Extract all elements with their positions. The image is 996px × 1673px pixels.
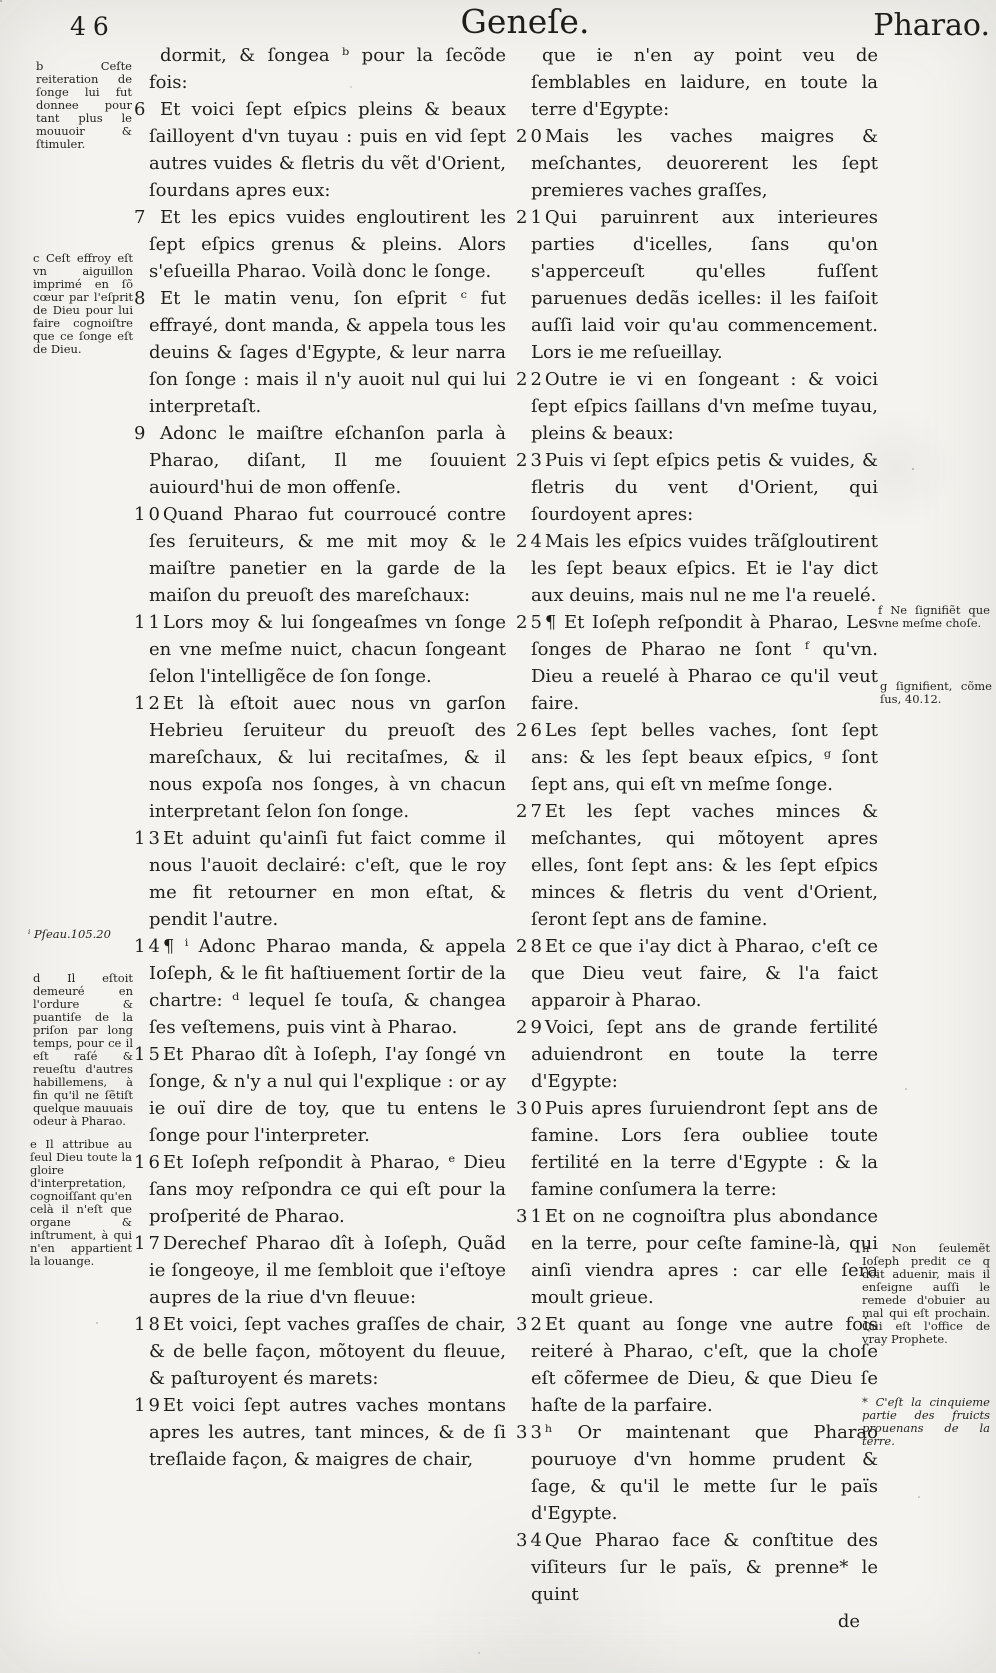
verse-number: 13	[134, 825, 163, 852]
verse-number: 34	[516, 1527, 545, 1554]
verse-paragraph: 25¶ Et Ioſeph reſpondit à Pharao, Les ſo…	[516, 609, 878, 717]
verse-number: 28	[516, 933, 545, 960]
verse-text: Et quant au ſonge vne autre fois reiteré…	[531, 1314, 878, 1416]
verse-text: dormit, & ſongea ᵇ pour la ſecõde fois:	[149, 45, 506, 93]
verse-text: Et Pharao dît à Ioſeph, I'ay ſongé vn ſo…	[149, 1044, 506, 1146]
verse-paragraph: 12Et là eſtoit auec nous vn garſon Hebri…	[134, 690, 506, 825]
text-column-left: dormit, & ſongea ᵇ pour la ſecõde fois: …	[134, 42, 506, 1473]
verse-text: Et voici ſept autres vaches montans apre…	[149, 1395, 506, 1470]
verse-text: Les ſept belles vaches, ſont ſept ans: &…	[531, 720, 878, 795]
verse-text: Et voici ſept eſpics pleins & beaux ſail…	[149, 99, 506, 201]
verse-number: 9	[134, 420, 160, 447]
verse-text: ʰ Or maintenant que Pharao pouruoye d'vn…	[531, 1422, 878, 1524]
verse-paragraph: 26Les ſept belles vaches, ſont ſept ans:…	[516, 717, 878, 798]
verse-text: Qui paruinrent aux interieures parties d…	[531, 207, 878, 363]
verse-text: ¶ ⁱ Adonc Pharao manda, & appela Ioſeph,…	[149, 936, 506, 1038]
verse-paragraph: 19Et voici ſept autres vaches montans ap…	[134, 1392, 506, 1473]
verse-paragraph: 14¶ ⁱ Adonc Pharao manda, & appela Ioſep…	[134, 933, 506, 1041]
verse-number: 33	[516, 1419, 545, 1446]
verse-paragraph: 33ʰ Or maintenant que Pharao pouruoye d'…	[516, 1419, 878, 1527]
verse-text: Puis apres ſuruiendront ſept ans de fami…	[531, 1098, 878, 1200]
verse-paragraph: 11Lors moy & lui ſongeaſmes vn ſonge en …	[134, 609, 506, 690]
margin-note-b: b Ceſte reiteration de ſonge lui fut don…	[36, 60, 132, 151]
verse-number: 31	[516, 1203, 545, 1230]
verse-number: 8	[134, 285, 160, 312]
verse-paragraph: 34Que Pharao face & conſtitue des viſite…	[516, 1527, 878, 1608]
verse-paragraph: 6Et voici ſept eſpics pleins & beaux ſai…	[134, 96, 506, 204]
verse-text: Adonc le maiſtre eſchanſon parla à Phara…	[149, 423, 506, 498]
book-title: Geneſe.	[170, 2, 880, 41]
verse-number: 12	[134, 690, 163, 717]
verse-number: 14	[134, 933, 163, 960]
verse-text: Mais les vaches maigres & meſchantes, de…	[531, 126, 878, 201]
verse-number: 26	[516, 717, 545, 744]
margin-note-f: f Ne ſignifiẽt que vne meſme choſe.	[878, 604, 990, 630]
verse-number: 20	[516, 123, 545, 150]
verse-number: 24	[516, 528, 545, 555]
verse-paragraph: 23Puis vi ſept eſpics petis & vuides, & …	[516, 447, 878, 528]
paper-specks	[0, 0, 2, 2]
verse-text: Et on ne cognoiſtra plus abondance en la…	[531, 1206, 878, 1308]
verse-paragraph: 7Et les epics vuides engloutirent les ſe…	[134, 204, 506, 285]
verse-paragraph: 27Et les ſept vaches minces & meſchantes…	[516, 798, 878, 933]
catchword: de	[516, 1608, 878, 1635]
verse-text: Que Pharao face & conſtitue des viſiteur…	[531, 1530, 878, 1605]
verse-paragraph: 29Voici, ſept ans de grande fertilité ad…	[516, 1014, 878, 1095]
verse-paragraph: 15Et Pharao dît à Ioſeph, I'ay ſongé vn …	[134, 1041, 506, 1149]
verse-text: Puis vi ſept eſpics petis & vuides, & fl…	[531, 450, 878, 525]
verse-paragraph: 22Outre ie vi en ſongeant : & voici ſept…	[516, 366, 878, 447]
verse-number: 27	[516, 798, 545, 825]
verse-text: Et là eſtoit auec nous vn garſon Hebrieu…	[149, 693, 506, 822]
verse-number: 32	[516, 1311, 545, 1338]
verse-number: 21	[516, 204, 545, 231]
margin-note-h: h Non ſeulemẽt Ioſeph predit ce q doit a…	[862, 1242, 990, 1346]
verse-text: Lors moy & lui ſongeaſmes vn ſonge en vn…	[149, 612, 506, 687]
verse-text: Et aduint qu'ainſi fut faict comme il no…	[149, 828, 506, 930]
verse-text: Et les ſept vaches minces & meſchantes, …	[531, 801, 878, 930]
verse-paragraph: 21Qui paruinrent aux interieures parties…	[516, 204, 878, 366]
verse-paragraph: 28Et ce que i'ay dict à Pharao, c'eſt ce…	[516, 933, 878, 1014]
verse-text: Derechef Pharao dît à Ioſeph, Quãd ie ſo…	[149, 1233, 506, 1308]
verse-number: 25	[516, 609, 545, 636]
verse-text: Et Ioſeph reſpondit à Pharao, ᵉ Dieu ſan…	[149, 1152, 506, 1227]
verse-text: que ie n'en ay point veu de ſemblables e…	[531, 45, 878, 120]
verse-paragraph: 13Et aduint qu'ainſi fut faict comme il …	[134, 825, 506, 933]
verse-number: 22	[516, 366, 545, 393]
verse-list-right: que ie n'en ay point veu de ſemblables e…	[516, 42, 878, 1608]
verse-paragraph: 8Et le matin venu, ſon eſprit ᶜ fut effr…	[134, 285, 506, 420]
verse-number: 15	[134, 1041, 163, 1068]
book-page: 46 Geneſe. Pharao. dormit, & ſongea ᵇ po…	[0, 0, 996, 1673]
page-number: 46	[70, 12, 116, 41]
text-column-right: que ie n'en ay point veu de ſemblables e…	[516, 42, 878, 1635]
verse-number: 18	[134, 1311, 163, 1338]
verse-text: Voici, ſept ans de grande fertilité adui…	[531, 1017, 878, 1092]
verse-paragraph: 10Quand Pharao fut courroucé contre ſes …	[134, 501, 506, 609]
verse-paragraph: 9Adonc le maiſtre eſchanſon parla à Phar…	[134, 420, 506, 501]
verse-text: ¶ Et Ioſeph reſpondit à Pharao, Les ſong…	[531, 612, 878, 714]
verse-number: 16	[134, 1149, 163, 1176]
verse-number: 17	[134, 1230, 163, 1257]
verse-paragraph: que ie n'en ay point veu de ſemblables e…	[516, 42, 878, 123]
verse-text: Outre ie vi en ſongeant : & voici ſept e…	[531, 369, 878, 444]
verse-number: 6	[134, 96, 160, 123]
verse-number: 19	[134, 1392, 163, 1419]
verse-paragraph: dormit, & ſongea ᵇ pour la ſecõde fois:	[134, 42, 506, 96]
margin-note-c: c Ceſt effroy eſt vn aiguillon imprimé e…	[33, 252, 133, 356]
verse-number: 23	[516, 447, 545, 474]
verse-number: 30	[516, 1095, 545, 1122]
verse-text: Et le matin venu, ſon eſprit ᶜ fut effra…	[149, 288, 506, 417]
verse-paragraph: 20Mais les vaches maigres & meſchantes, …	[516, 123, 878, 204]
verse-number: 29	[516, 1014, 545, 1041]
verse-number: 7	[134, 204, 160, 231]
verse-number: 10	[134, 501, 163, 528]
verse-paragraph: 17Derechef Pharao dît à Ioſeph, Quãd ie …	[134, 1230, 506, 1311]
running-title: Pharao.	[873, 8, 990, 43]
verse-paragraph: 16Et Ioſeph reſpondit à Pharao, ᵉ Dieu ſ…	[134, 1149, 506, 1230]
margin-note-psalm-ref: ⁱ Pſeau.105.20	[28, 928, 130, 941]
margin-note-e: e Il attribue au ſeul Dieu toute la gloi…	[30, 1138, 132, 1268]
verse-text: Et voici, ſept vaches graſſes de chair, …	[149, 1314, 506, 1389]
verse-text: Et ce que i'ay dict à Pharao, c'eſt ce q…	[531, 936, 878, 1011]
margin-note-d: d Il eſtoit demeuré en l'ordure & puanti…	[33, 972, 133, 1128]
verse-paragraph: 32Et quant au ſonge vne autre fois reite…	[516, 1311, 878, 1419]
verse-paragraph: 30Puis apres ſuruiendront ſept ans de fa…	[516, 1095, 878, 1203]
verse-paragraph: 31Et on ne cognoiſtra plus abondance en …	[516, 1203, 878, 1311]
verse-paragraph: 18Et voici, ſept vaches graſſes de chair…	[134, 1311, 506, 1392]
verse-number: 11	[134, 609, 163, 636]
verse-list-left: dormit, & ſongea ᵇ pour la ſecõde fois: …	[134, 42, 506, 1473]
margin-note-g: g ſignifient, cõme ſus, 40.12.	[880, 680, 992, 706]
verse-text: Quand Pharao fut courroucé contre ſes ſe…	[149, 504, 506, 606]
verse-text: Et les epics vuides engloutirent les ſep…	[149, 207, 506, 282]
verse-paragraph: 24Mais les eſpics vuides trãſgloutirent …	[516, 528, 878, 609]
margin-note-asterisk: * C'eſt la cinquieme partie des fruicts …	[862, 1396, 990, 1448]
verse-text: Mais les eſpics vuides trãſgloutirent le…	[531, 531, 878, 606]
